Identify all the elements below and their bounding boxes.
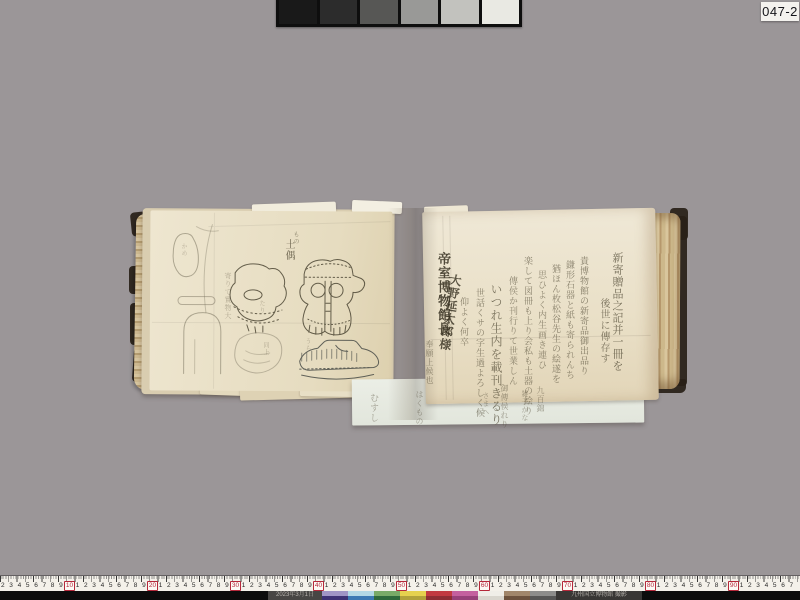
color-patch — [478, 591, 504, 600]
ruler-number: 7 — [458, 582, 462, 590]
ruler-number: 2 — [582, 582, 586, 590]
ruler-number: 9 — [308, 582, 312, 590]
ruler-number: 1 — [325, 582, 329, 590]
ruler-number: 2 — [167, 582, 171, 590]
ruler-number-red: 10 — [64, 581, 74, 591]
ruler-number: 6 — [698, 582, 702, 590]
ruler-number: 3 — [175, 582, 179, 590]
ruler-number: 1 — [491, 582, 495, 590]
ruler-number: 1 — [159, 582, 163, 590]
ruler-number: 9 — [557, 582, 561, 590]
ruler-number: 2 — [84, 582, 88, 590]
ruler-number: 2 — [1, 582, 5, 590]
color-patch-bottom — [478, 596, 504, 600]
ruler-number: 9 — [225, 582, 229, 590]
ruler-number: 7 — [209, 582, 213, 590]
ruler-number: 7 — [624, 582, 628, 590]
color-patch-bottom — [322, 596, 348, 600]
ruler-number: 6 — [532, 582, 536, 590]
ruler-number: 5 — [773, 582, 777, 590]
credit-label: 九州国立博物館 撮影 — [556, 591, 642, 600]
ruler-number: 4 — [18, 582, 22, 590]
color-patch-bottom — [530, 596, 556, 600]
date-label: 2023年3月1日 — [268, 591, 322, 600]
caption-black-segment — [0, 591, 268, 600]
color-patch-bottom — [452, 596, 478, 600]
color-patch-bottom — [374, 596, 400, 600]
ruler-number: 6 — [366, 582, 370, 590]
ruler-number: 9 — [474, 582, 478, 590]
ruler-number: 7 — [292, 582, 296, 590]
left-page-drawings — [150, 210, 393, 391]
ruler-number: 6 — [615, 582, 619, 590]
ruler-number-red: 30 — [230, 581, 240, 591]
color-patch-bottom — [400, 596, 426, 600]
color-patch-bottom — [426, 596, 452, 600]
ruler-number: 6 — [117, 582, 121, 590]
sheet-edge-line — [449, 216, 454, 400]
ruler-number: 4 — [433, 582, 437, 590]
ruler-number: 3 — [507, 582, 511, 590]
ruler-number: 2 — [499, 582, 503, 590]
ruler-number: 3 — [92, 582, 96, 590]
ruler-number: 3 — [590, 582, 594, 590]
grayscale-calibration-bar — [276, 0, 522, 27]
ruler-number: 8 — [466, 582, 470, 590]
ruler-number: 7 — [790, 582, 794, 590]
caption-black-segment — [642, 591, 800, 600]
ruler-number: 2 — [333, 582, 337, 590]
color-patch — [530, 591, 556, 600]
ruler-number: 4 — [516, 582, 520, 590]
right-page-manuscript — [422, 208, 659, 404]
ruler-number: 9 — [59, 582, 63, 590]
photo-id-label: 047-2 — [761, 2, 799, 21]
ruler-number: 7 — [707, 582, 711, 590]
ruler-number: 3 — [341, 582, 345, 590]
ruler-number: 8 — [51, 582, 55, 590]
ruler-number: 8 — [134, 582, 138, 590]
ruler-number: 8 — [715, 582, 719, 590]
ruler-number: 4 — [682, 582, 686, 590]
ruler-number: 5 — [441, 582, 445, 590]
ruler-number: 7 — [43, 582, 47, 590]
color-patch — [322, 591, 348, 600]
ruler-number: 2 — [748, 582, 752, 590]
grayscale-patch — [360, 0, 398, 24]
grayscale-patch — [320, 0, 358, 24]
ruler-number: 5 — [524, 582, 528, 590]
artifact-sketches — [150, 210, 393, 391]
ruler-number: 4 — [101, 582, 105, 590]
color-patch — [452, 591, 478, 600]
ruler-number: 9 — [723, 582, 727, 590]
ruler-number: 6 — [34, 582, 38, 590]
grayscale-patch — [482, 0, 520, 24]
photo-scene: 047-2 — [0, 0, 800, 600]
ruler-number: 5 — [358, 582, 362, 590]
ruler-number: 1 — [657, 582, 661, 590]
ruler-number-red: 20 — [147, 581, 157, 591]
color-patch-bottom — [504, 596, 530, 600]
ruler-number: 8 — [632, 582, 636, 590]
ruler-number: 8 — [383, 582, 387, 590]
ruler-number: 1 — [408, 582, 412, 590]
ruler-number: 2 — [416, 582, 420, 590]
ruler-number: 4 — [267, 582, 271, 590]
ruler: 2345678910123456789201234567893012345678… — [0, 576, 800, 591]
ruler-number: 7 — [541, 582, 545, 590]
ruler-number: 1 — [76, 582, 80, 590]
ruler-number: 3 — [756, 582, 760, 590]
grayscale-patch — [279, 0, 317, 24]
ruler-number: 5 — [192, 582, 196, 590]
ruler-number: 2 — [250, 582, 254, 590]
color-patch — [374, 591, 400, 600]
ruler-number: 5 — [275, 582, 279, 590]
ruler-number-red: 40 — [313, 581, 323, 591]
ruler-number: 4 — [599, 582, 603, 590]
ruler-number: 1 — [574, 582, 578, 590]
ruler-number: 6 — [200, 582, 204, 590]
ruler-number: 6 — [283, 582, 287, 590]
ruler-number: 3 — [9, 582, 13, 590]
sheet-edge-line — [442, 216, 447, 400]
ruler-number: 3 — [258, 582, 262, 590]
ruler-number: 8 — [217, 582, 221, 590]
ruler-number: 3 — [424, 582, 428, 590]
ruler-number: 9 — [640, 582, 644, 590]
color-calibration-patches — [322, 591, 556, 600]
ruler-number: 9 — [142, 582, 146, 590]
ruler-number-red: 60 — [479, 581, 489, 591]
color-patch — [348, 591, 374, 600]
ruler-number: 4 — [184, 582, 188, 590]
ruler-number: 6 — [449, 582, 453, 590]
ruler-number: 5 — [26, 582, 30, 590]
ruler-number: 5 — [607, 582, 611, 590]
ruler-number: 4 — [350, 582, 354, 590]
grayscale-patch — [441, 0, 479, 24]
color-patch — [426, 591, 452, 600]
ruler-number: 3 — [673, 582, 677, 590]
ruler-number: 7 — [126, 582, 130, 590]
ruler-number-red: 70 — [562, 581, 572, 591]
ruler-number: 7 — [375, 582, 379, 590]
ruler-number: 8 — [300, 582, 304, 590]
ruler-number: 5 — [690, 582, 694, 590]
color-patch — [400, 591, 426, 600]
color-patch-bottom — [348, 596, 374, 600]
grayscale-patch — [401, 0, 439, 24]
ruler-number: 2 — [665, 582, 669, 590]
ruler-number: 6 — [781, 582, 785, 590]
ruler-number: 1 — [242, 582, 246, 590]
ruler-number: 9 — [391, 582, 395, 590]
ruler-number: 1 — [740, 582, 744, 590]
color-patch — [504, 591, 530, 600]
ruler-number-red: 80 — [645, 581, 655, 591]
ruler-number: 5 — [109, 582, 113, 590]
ruler-number: 8 — [549, 582, 553, 590]
ruler-number-red: 90 — [728, 581, 738, 591]
ruler-number: 4 — [765, 582, 769, 590]
page-crease — [431, 335, 651, 340]
ruler-number-red: 50 — [396, 581, 406, 591]
